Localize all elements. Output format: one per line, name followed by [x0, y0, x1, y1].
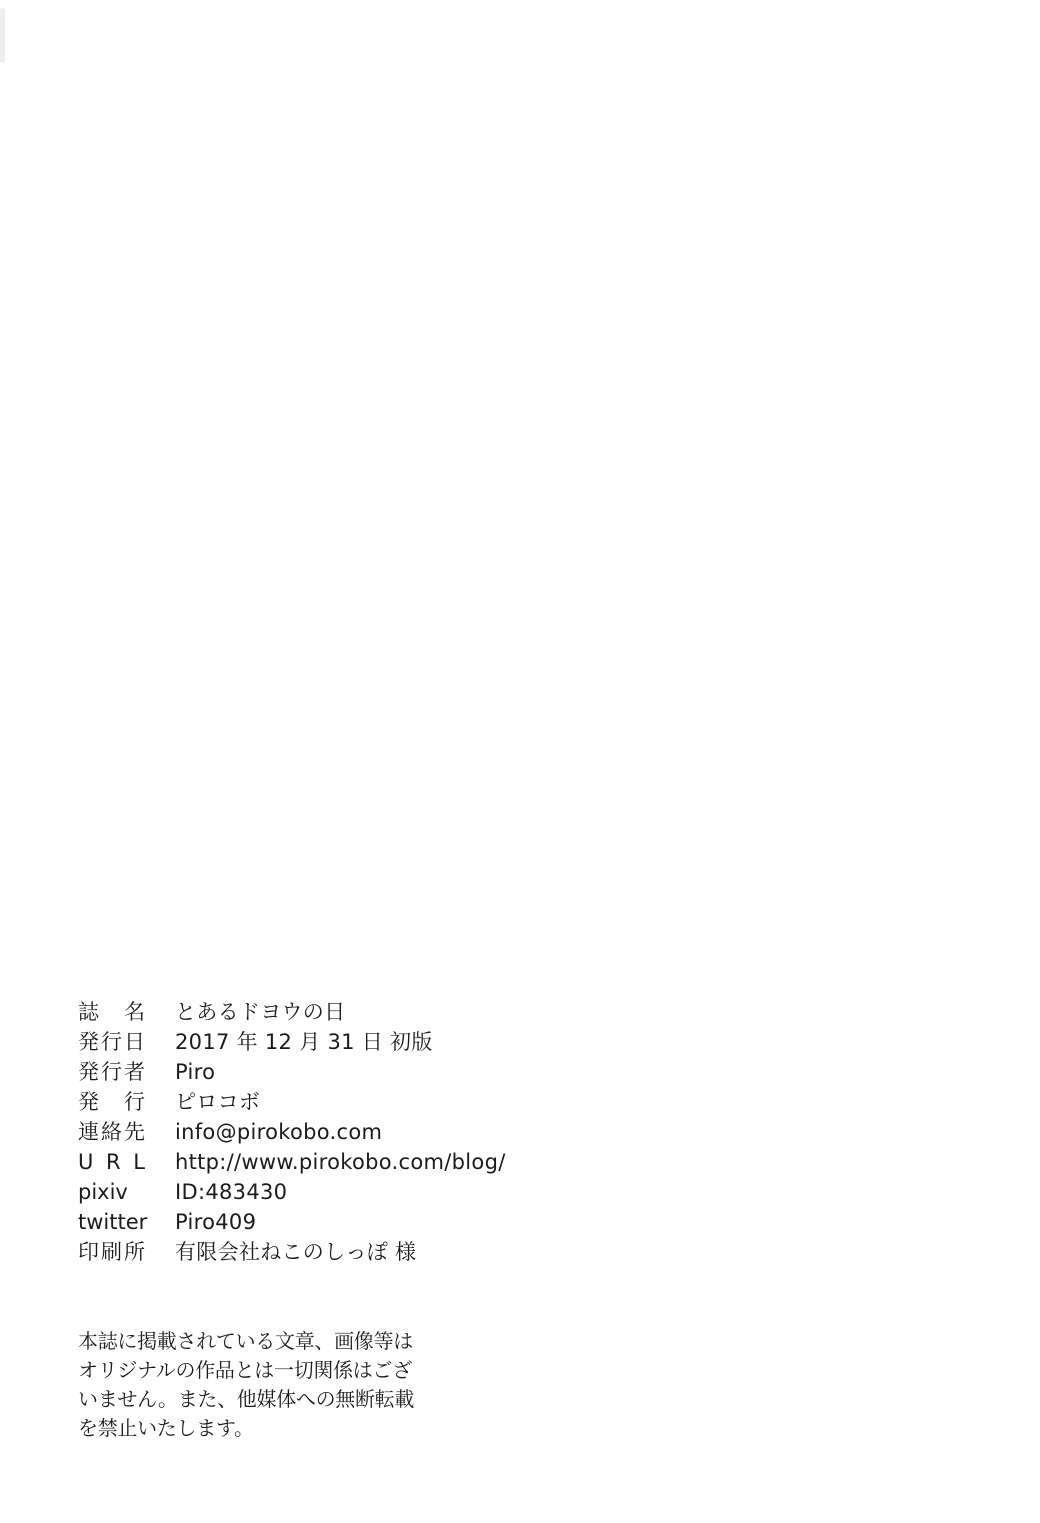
publication-info-value: 有限会社ねこのしっぽ 様 — [175, 1237, 416, 1267]
publication-info-row: 誌 名 とあるドヨウの日 — [78, 997, 506, 1027]
publication-info-label: U R L — [78, 1147, 145, 1177]
publication-info-label: twitter — [78, 1207, 145, 1237]
copyright-notice-line: 本誌に掲載されている文章、画像等は — [78, 1327, 414, 1356]
publication-info-value: Piro409 — [175, 1207, 256, 1237]
publication-info-label: pixiv — [78, 1177, 145, 1207]
publication-info-label: 印刷所 — [78, 1237, 145, 1267]
copyright-notice-line: を禁止いたします。 — [78, 1414, 414, 1443]
publication-info-row: 発 行 ピロコボ — [78, 1087, 506, 1117]
publication-info-label: 発行日 — [78, 1027, 145, 1057]
copyright-notice-line: いません。また、他媒体への無断転載 — [78, 1385, 414, 1414]
publication-info-row: U R L http://www.pirokobo.com/blog/ — [78, 1147, 506, 1177]
publication-info-list: 誌 名 とあるドヨウの日 発行日 2017 年 12 月 31 日 初版 発行者… — [78, 997, 506, 1267]
copyright-notice: 本誌に掲載されている文章、画像等は オリジナルの作品とは一切関係はござ いません… — [78, 1327, 414, 1443]
colophon-page: 誌 名 とあるドヨウの日 発行日 2017 年 12 月 31 日 初版 発行者… — [0, 0, 1040, 1523]
publication-info-label: 発行者 — [78, 1057, 145, 1087]
publication-info-row: 発行者 Piro — [78, 1057, 506, 1087]
scan-artifact — [0, 8, 5, 63]
publication-info-value: ピロコボ — [175, 1087, 260, 1117]
publication-info-value: とあるドヨウの日 — [175, 997, 345, 1027]
publication-info-row: pixiv ID:483430 — [78, 1177, 506, 1207]
publication-info-value: Piro — [175, 1057, 215, 1087]
publication-info-row: 発行日 2017 年 12 月 31 日 初版 — [78, 1027, 506, 1057]
publication-info-row: 印刷所 有限会社ねこのしっぽ 様 — [78, 1237, 506, 1267]
publication-info-value: http://www.pirokobo.com/blog/ — [175, 1147, 506, 1177]
publication-info-value: 2017 年 12 月 31 日 初版 — [175, 1027, 433, 1057]
publication-info-label: 発 行 — [78, 1087, 145, 1117]
publication-info-label: 連絡先 — [78, 1117, 145, 1147]
publication-info-label: 誌 名 — [78, 997, 145, 1027]
publication-info-value: info@pirokobo.com — [175, 1117, 382, 1147]
publication-info-row: 連絡先 info@pirokobo.com — [78, 1117, 506, 1147]
publication-info-value: ID:483430 — [175, 1177, 287, 1207]
copyright-notice-line: オリジナルの作品とは一切関係はござ — [78, 1356, 414, 1385]
publication-info-row: twitter Piro409 — [78, 1207, 506, 1237]
